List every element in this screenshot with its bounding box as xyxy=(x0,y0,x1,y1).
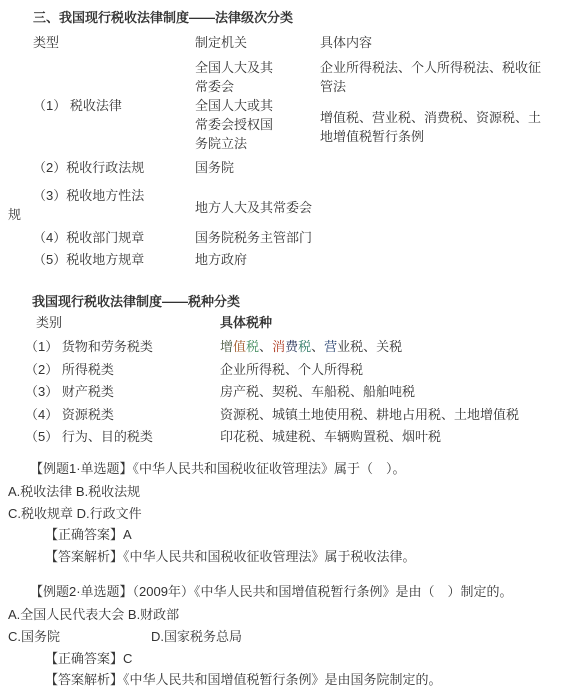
table2-row5-taxes: 印花税、城建税、车辆购置税、烟叶税 xyxy=(220,427,572,446)
question2-correct-answer: 【正确答案】C xyxy=(45,651,132,666)
question1-heading: 【例题1·单选题】《中华人民共和国税收征收管理法》属于（ ）。 xyxy=(30,461,406,476)
section1-title: 三、我国现行税收法律制度——法律级次分类 xyxy=(33,7,293,26)
table1-row5-organ: 国务院税务主管部门 xyxy=(195,228,320,247)
question2-heading: 【例题2·单选题】（2009年）《中华人民共和国增值税暂行条例》是由（ ）制定的… xyxy=(30,584,512,599)
question2-options-cd: C.国务院D.国家税务总局 xyxy=(8,629,242,644)
question1-options-cd: C.税收规章 D.行政文件 xyxy=(8,506,142,521)
table1-row6-organ: 地方政府 xyxy=(195,250,320,269)
question2-option-d: D.国家税务总局 xyxy=(151,629,242,644)
table1-row2-content: 增值税、营业税、消费税、资源税、土 地增值税暂行条例 xyxy=(320,108,572,146)
question2-analysis: 【答案解析】《中华人民共和国增值税暂行条例》是由国务院制定的。 xyxy=(45,672,442,687)
question1-correct-answer: 【正确答案】A xyxy=(45,527,132,542)
document-page: 三、我国现行税收法律制度——法律级次分类 类型 制定机关 具体内容 全国人大及其… xyxy=(0,0,580,688)
table1-header-organ: 制定机关 xyxy=(195,33,320,52)
table2-header-category: 类别 xyxy=(8,313,220,332)
table2-row2-category: （2） 所得税类 xyxy=(8,360,220,379)
question2-option-c: C.国务院 xyxy=(8,629,151,644)
table2-row2-taxes: 企业所得税、个人所得税 xyxy=(220,360,572,379)
table2-row4-category: （4） 资源税类 xyxy=(8,405,220,424)
table1-header-type: 类型 xyxy=(8,33,195,52)
table1-row4-organ: 地方人大及其常委会 xyxy=(195,198,320,217)
table2-row3-category: （3） 财产税类 xyxy=(8,382,220,401)
table1-row5-type: （4）税收部门规章 xyxy=(8,228,195,247)
question2-options-ab: A.全国人民代表大会 B.财政部 xyxy=(8,607,179,622)
table2-row1-category: （1） 货物和劳务税类 xyxy=(8,337,220,356)
table1-row1-content: 企业所得税法、个人所得税法、税收征 管法 xyxy=(320,58,572,96)
table1-row6-type: （5）税收地方规章 xyxy=(8,250,195,269)
table2-row5-category: （5） 行为、目的税类 xyxy=(8,427,220,446)
table1-row3-organ: 国务院 xyxy=(195,158,320,177)
table2-row4-taxes: 资源税、城镇土地使用税、耕地占用税、土地增值税 xyxy=(220,405,572,424)
table1-row2-organ: 全国人大或其 常委会授权国 务院立法 xyxy=(195,96,320,153)
table2-row1-taxes: 增值税、消费税、营业税、关税 xyxy=(220,337,572,356)
table1-header-content: 具体内容 xyxy=(320,33,572,52)
table1-row1-organ: 全国人大及其 常委会 xyxy=(195,58,320,96)
table2-row3-taxes: 房产税、契税、车船税、船舶吨税 xyxy=(220,382,572,401)
table1-row2-type: （1） 税收法律 xyxy=(8,96,195,115)
legal-level-table: 类型 制定机关 具体内容 全国人大及其 常委会 企业所得税法、个人所得税法、税收… xyxy=(8,33,578,272)
question1-options-ab: A.税收法律 B.税收法规 xyxy=(8,484,140,499)
section2-title: 我国现行税收法律制度——税种分类 xyxy=(32,291,240,310)
table1-row4-type: （3）税收地方性法 规 xyxy=(8,186,195,224)
question1-analysis: 【答案解析】《中华人民共和国税收征收管理法》属于税收法律。 xyxy=(45,549,416,564)
table1-row3-type: （2）税收行政法规 xyxy=(8,158,195,177)
table2-header-taxes: 具体税种 xyxy=(220,313,572,332)
tax-type-table: 类别 具体税种 （1） 货物和劳务税类 增值税、消费税、营业税、关税 （2） 所… xyxy=(8,313,578,450)
